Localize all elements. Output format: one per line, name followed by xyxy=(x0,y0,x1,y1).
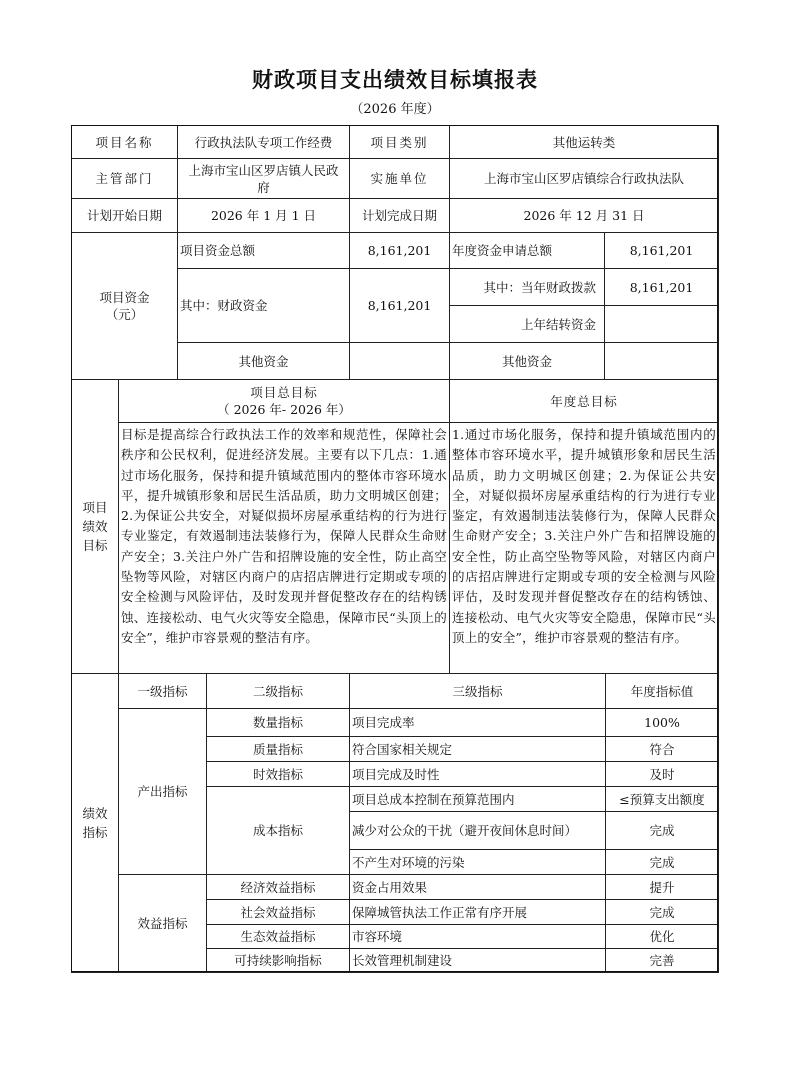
quality-indicator-label: 质量指标 xyxy=(207,737,350,762)
indicator-name: 项目完成及时性 xyxy=(350,762,606,787)
header-level1: 一级指标 xyxy=(119,674,207,709)
sustainable-indicator-label: 可持续影响指标 xyxy=(207,949,350,973)
basic-info-table: 项目名称 行政执法队专项工作经费 项目类别 其他运转类 主管部门 上海市宝山区罗… xyxy=(71,125,719,233)
total-funding-label: 项目资金总额 xyxy=(178,233,350,269)
output-indicator-label: 产出指标 xyxy=(119,709,207,875)
goals-label-text: 项目绩效目标 xyxy=(82,500,107,553)
timeliness-indicator-label: 时效指标 xyxy=(207,762,350,787)
fiscal-funding-value: 8,161,201 xyxy=(350,269,450,343)
fiscal-funding-label: 其中：财政资金 xyxy=(178,269,350,343)
indicator-value: 提升 xyxy=(606,875,719,900)
goals-label: 项目绩效目标 xyxy=(72,380,119,674)
current-year-value: 8,161,201 xyxy=(605,269,719,306)
indicator-name: 不产生对环境的污染 xyxy=(350,850,606,875)
indicator-name: 符合国家相关规定 xyxy=(350,737,606,762)
benefit-indicator-label: 效益指标 xyxy=(119,875,207,973)
overall-goal-text: 目标是提高综合行政执法工作的效率和规范性，保障社会秩序和公民权利，促进经济发展。… xyxy=(119,423,450,674)
end-date-label: 计划完成日期 xyxy=(350,199,450,233)
indicator-name: 长效管理机制建设 xyxy=(350,949,606,973)
other-funding-label: 其他资金 xyxy=(178,343,350,380)
indicator-name: 市容环境 xyxy=(350,925,606,949)
indicator-value: 完成 xyxy=(606,900,719,925)
indicators-table: 绩效指标 一级指标 二级指标 三级指标 年度指标值 产出指标 数量指标 项目完成… xyxy=(71,673,719,973)
indicators-label: 绩效指标 xyxy=(72,674,119,973)
indicator-name: 项目总成本控制在预算范围内 xyxy=(350,787,606,812)
indicator-value: 完成 xyxy=(606,812,719,850)
project-category-value: 其他运转类 xyxy=(450,126,719,159)
funding-unit: （元） xyxy=(74,306,175,323)
carryover-value xyxy=(605,306,719,343)
overall-goal-period: （ 2026 年- 2026 年） xyxy=(121,401,447,418)
annual-total-value: 8,161,201 xyxy=(605,233,719,269)
supervisor-value: 上海市宝山区罗店镇人民政府 xyxy=(178,159,350,199)
ecological-indicator-label: 生态效益指标 xyxy=(207,925,350,949)
indicator-value: ≤预算支出额度 xyxy=(606,787,719,812)
carryover-label: 上年结转资金 xyxy=(450,306,605,343)
form-year: （2026 年度） xyxy=(0,98,790,117)
quantity-indicator-label: 数量指标 xyxy=(207,709,350,737)
indicators-label-text: 绩效指标 xyxy=(82,806,107,840)
implementer-value: 上海市宝山区罗店镇综合行政执法队 xyxy=(450,159,719,199)
overall-goal-title: 项目总目标 xyxy=(121,384,447,401)
end-date-value: 2026 年 12 月 31 日 xyxy=(450,199,719,233)
other-funding-value xyxy=(350,343,450,380)
indicator-name: 项目完成率 xyxy=(350,709,606,737)
indicator-value: 100% xyxy=(606,709,719,737)
funding-table: 项目资金 （元） 项目资金总额 8,161,201 年度资金申请总额 8,161… xyxy=(71,232,719,380)
annual-goal-text: 1.通过市场化服务，保持和提升镇域范围内的整体市容环境水平，提升城镇形象和居民生… xyxy=(450,423,719,674)
implementer-label: 实施单位 xyxy=(350,159,450,199)
form-title: 财政项目支出绩效目标填报表 xyxy=(0,64,790,94)
indicator-value: 优化 xyxy=(606,925,719,949)
total-funding-value: 8,161,201 xyxy=(350,233,450,269)
annual-goal-header: 年度总目标 xyxy=(450,380,719,423)
overall-goal-header: 项目总目标 （ 2026 年- 2026 年） xyxy=(119,380,450,423)
social-indicator-label: 社会效益指标 xyxy=(207,900,350,925)
indicator-value: 及时 xyxy=(606,762,719,787)
start-date-label: 计划开始日期 xyxy=(72,199,178,233)
header-annual-value: 年度指标值 xyxy=(606,674,719,709)
start-date-value: 2026 年 1 月 1 日 xyxy=(178,199,350,233)
current-year-label: 其中：当年财政拨款 xyxy=(450,269,605,306)
indicator-name: 保障城管执法工作正常有序开展 xyxy=(350,900,606,925)
funding-label: 项目资金 （元） xyxy=(72,233,178,380)
annual-total-label: 年度资金申请总额 xyxy=(450,233,605,269)
economic-indicator-label: 经济效益指标 xyxy=(207,875,350,900)
indicator-value: 完成 xyxy=(606,850,719,875)
funding-label-text: 项目资金 xyxy=(74,289,175,306)
annual-other-value xyxy=(605,343,719,380)
supervisor-label: 主管部门 xyxy=(72,159,178,199)
indicator-value: 符合 xyxy=(606,737,719,762)
project-name-label: 项目名称 xyxy=(72,126,178,159)
project-name-value: 行政执法队专项工作经费 xyxy=(178,126,350,159)
annual-other-label: 其他资金 xyxy=(450,343,605,380)
header-level3: 三级指标 xyxy=(350,674,606,709)
indicator-name: 减少对公众的干扰（避开夜间休息时间） xyxy=(350,812,606,850)
project-category-label: 项目类别 xyxy=(350,126,450,159)
indicator-value: 完善 xyxy=(606,949,719,973)
indicator-name: 资金占用效果 xyxy=(350,875,606,900)
cost-indicator-label: 成本指标 xyxy=(207,787,350,875)
header-level2: 二级指标 xyxy=(207,674,350,709)
goals-table: 项目绩效目标 项目总目标 （ 2026 年- 2026 年） 年度总目标 目标是… xyxy=(71,379,719,674)
